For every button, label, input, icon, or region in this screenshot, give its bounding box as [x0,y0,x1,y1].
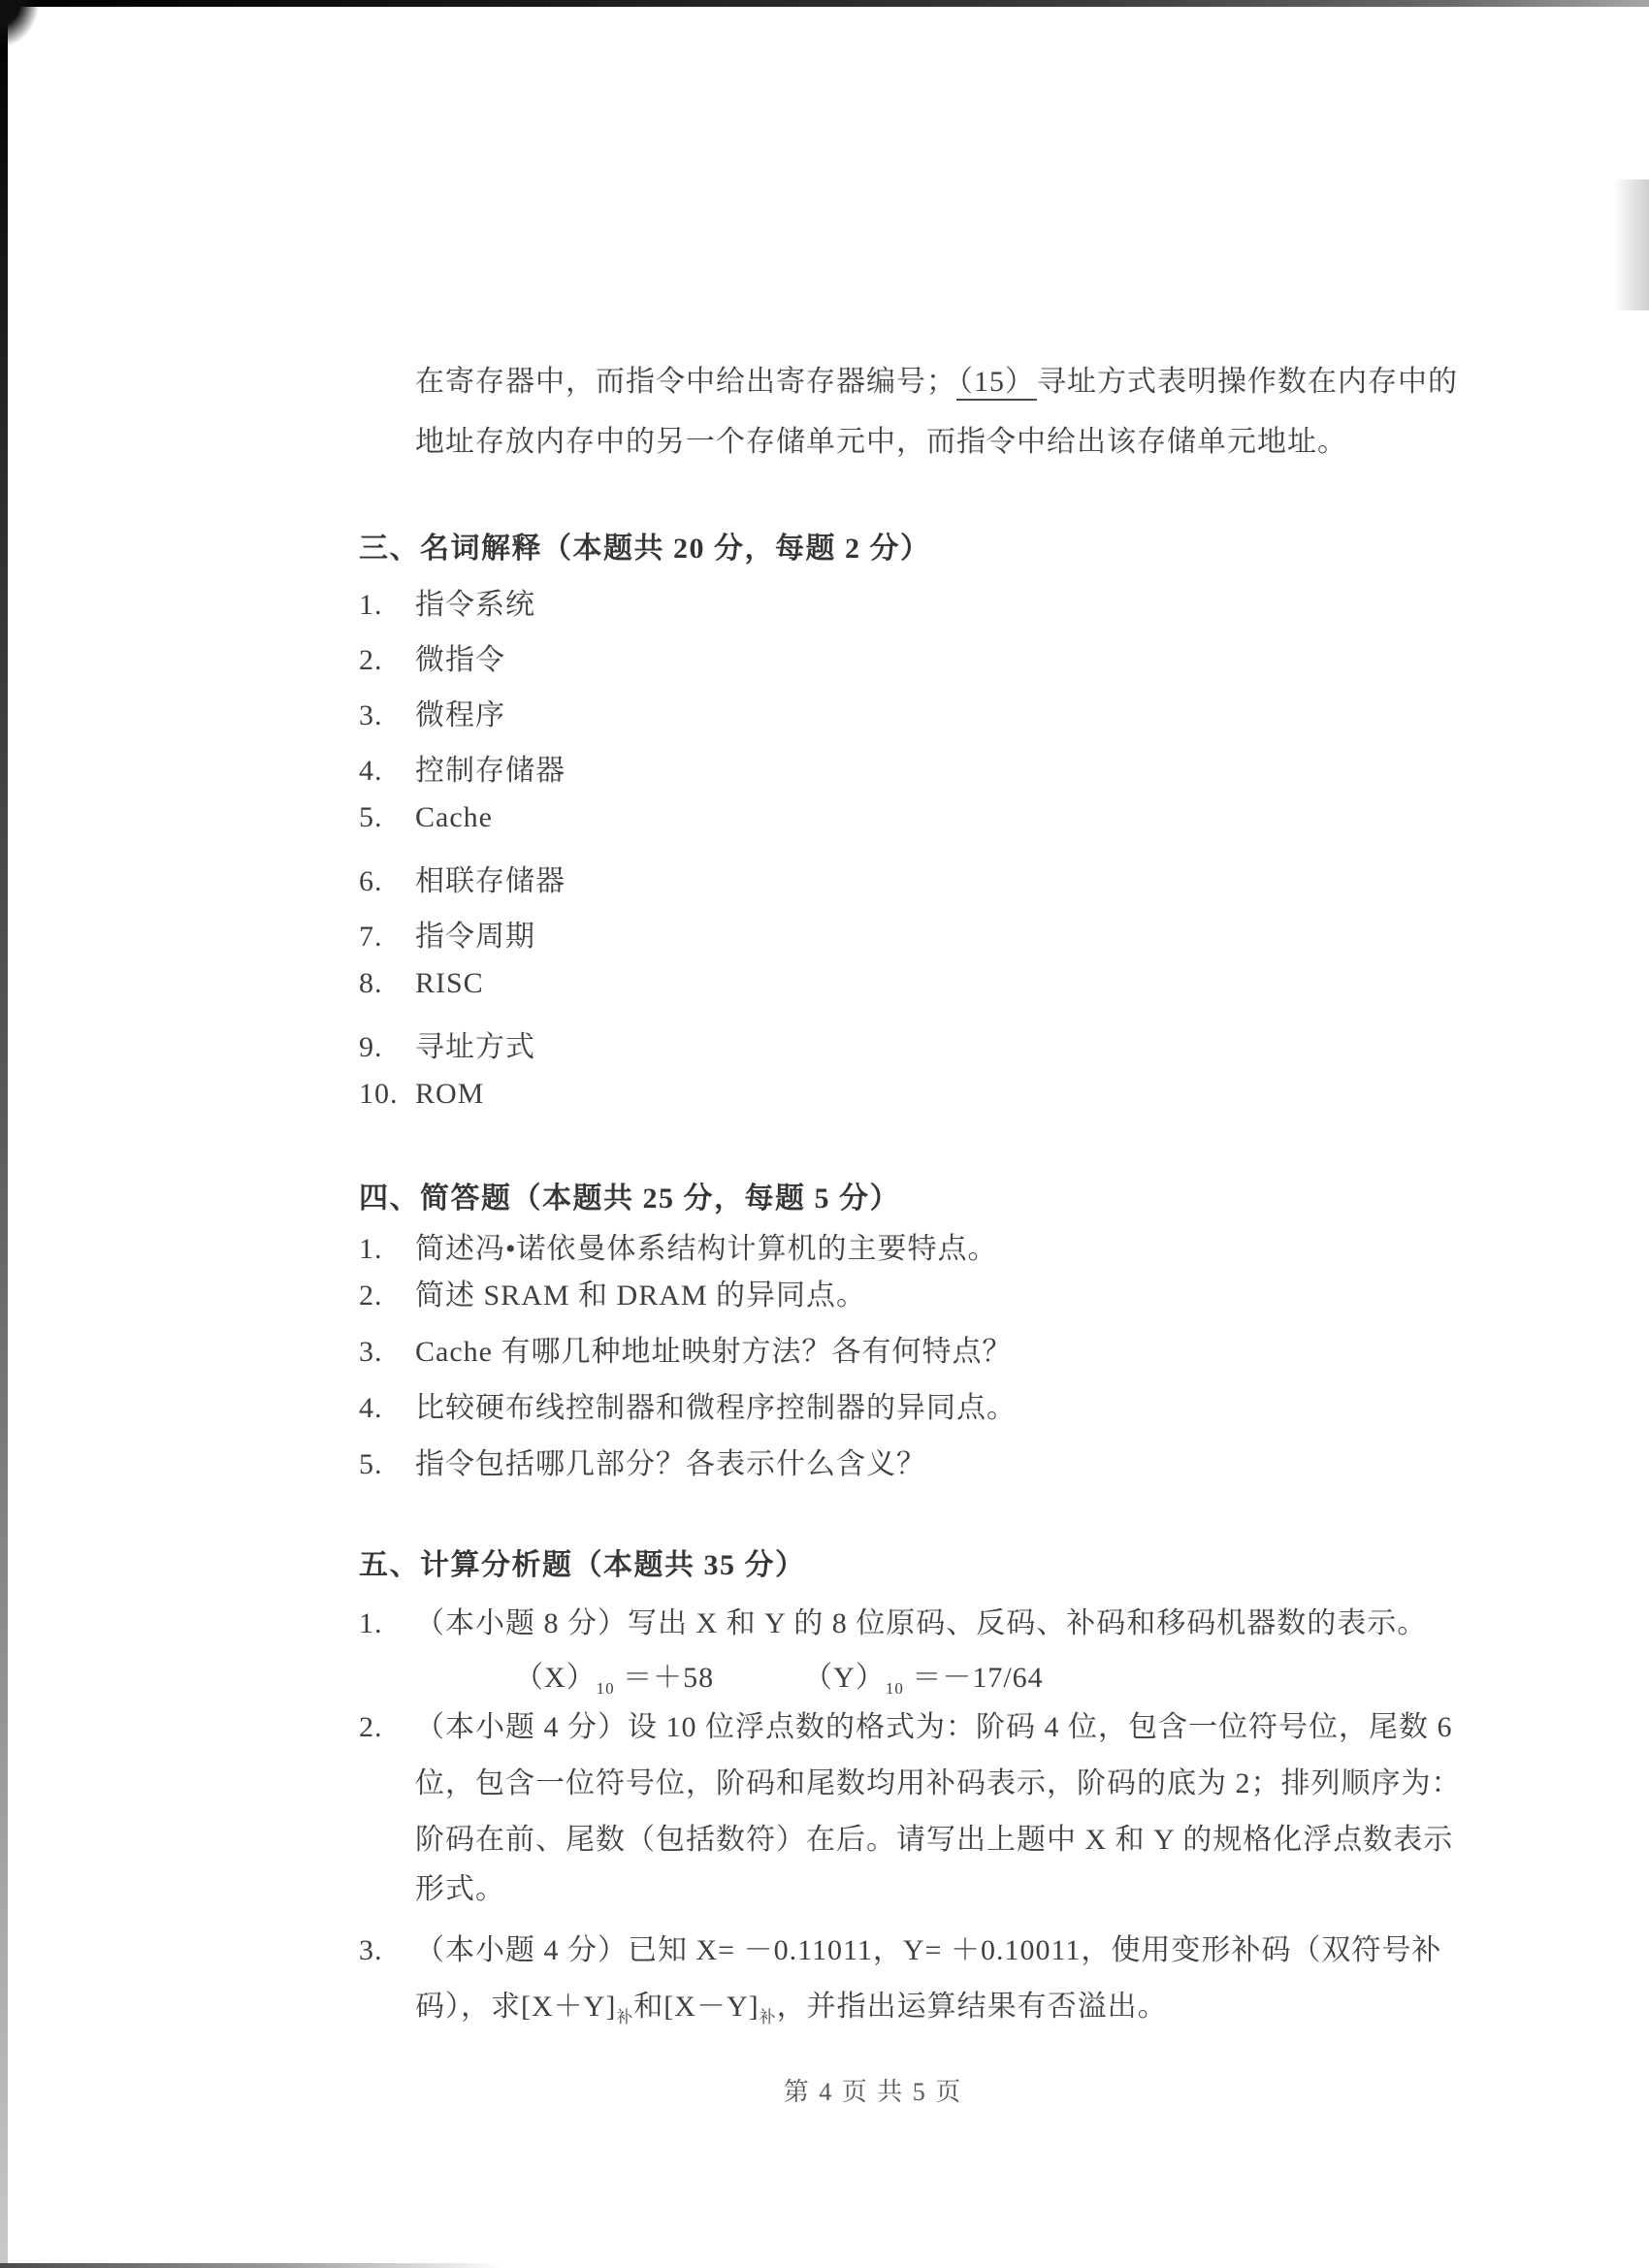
item-text: 简述冯•诺依曼体系结构计算机的主要特点。 [415,1233,998,1265]
item-number: 10. [359,1078,415,1111]
item-text: ROM [415,1078,484,1110]
s5-q2-line3: 阶码在前、尾数（包括数符）在后。请写出上题中 X 和 Y 的规格化浮点数表示 [415,1815,1453,1858]
s3-item-1: 1.指令系统 [359,580,535,623]
item-text: 微指令 [415,644,505,676]
s3-item-9: 9.寻址方式 [359,1022,535,1065]
item-text: 比较硬布线控制器和微程序控制器的异同点。 [415,1392,1017,1424]
s3-item-6: 6.相联存储器 [359,857,566,899]
item-text: （本小题 8 分）写出 X 和 Y 的 8 位原码、反码、补码和移码机器数的表示… [415,1607,1427,1639]
s4-item-1: 1.简述冯•诺依曼体系结构计算机的主要特点。 [359,1224,998,1267]
item-text: Cache 有哪几种地址映射方法？各有何特点？ [415,1336,1012,1368]
item-number: 5. [359,1448,415,1481]
item-text: Cache [415,801,493,833]
item-number: 2. [359,1280,415,1312]
s5-q3-line2: 码），求[X＋Y]补和[X－Y]补，并指出运算结果有否溢出。 [415,1982,1168,2027]
item-number: 4. [359,755,415,788]
section5-heading: 五、计算分析题（本题共 35 分） [359,1540,806,1583]
s3-item-10: 10.ROM [359,1078,484,1111]
q3-segment-c: ，并指出运算结果有否溢出。 [777,1991,1168,2023]
item-text: 指令系统 [415,589,535,621]
formula-y-base: （Y） [803,1662,886,1694]
section3-heading: 三、名词解释（本题共 20 分，每题 2 分） [359,524,931,567]
item-number: 9. [359,1031,415,1064]
item-text: 简述 SRAM 和 DRAM 的异同点。 [415,1280,866,1312]
s3-item-7: 7.指令周期 [359,912,535,955]
item-text: （本小题 4 分）已知 X= －0.11011，Y= ＋0.10011，使用变形… [415,1934,1441,1966]
formula-x-value: ＝＋58 [615,1662,715,1694]
s3-item-5: 5.Cache [359,801,493,834]
s4-item-5: 5.指令包括哪几部分？各表示什么含义？ [359,1440,926,1482]
item-number: 2. [359,1711,415,1744]
q3-subscript-bu-1: 补 [616,2008,633,2026]
s3-item-4: 4.控制存储器 [359,746,566,789]
item-number: 6. [359,865,415,898]
item-text: 指令包括哪几部分？各表示什么含义？ [415,1448,926,1480]
formula-y-value: ＝－17/64 [904,1662,1044,1694]
s5-q2-line1: 2.（本小题 4 分）设 10 位浮点数的格式为：阶码 4 位，包含一位符号位，… [359,1702,1453,1745]
intro-line1-post: 寻址方式表明操作数在内存中的 [1037,366,1458,398]
item-number: 4. [359,1392,415,1425]
scan-smudge-right [1614,179,1649,310]
fill-blank-15: （15） [956,366,1037,401]
item-text: 微程序 [415,699,505,731]
item-number: 7. [359,921,415,954]
item-text: （本小题 4 分）设 10 位浮点数的格式为：阶码 4 位，包含一位符号位，尾数… [415,1711,1453,1743]
scan-edge-bottom [0,2263,504,2268]
item-text: 寻址方式 [415,1031,535,1063]
item-text: 控制存储器 [415,755,566,787]
s4-item-2: 2.简述 SRAM 和 DRAM 的异同点。 [359,1271,866,1313]
item-number: 3. [359,699,415,732]
s4-item-3: 3.Cache 有哪几种地址映射方法？各有何特点？ [359,1327,1012,1370]
exam-page: { "theme": { "paper": "#ffffff", "ink": … [0,0,1649,2268]
s5-q2-line2: 位，包含一位符号位，阶码和尾数均用补码表示，阶码的底为 2；排列顺序为： [415,1759,1462,1801]
s5-q2-line4: 形式。 [415,1864,505,1907]
item-number: 3. [359,1336,415,1369]
s4-item-4: 4.比较硬布线控制器和微程序控制器的异同点。 [359,1383,1017,1426]
s5-q3-line1: 3.（本小题 4 分）已知 X= －0.11011，Y= ＋0.10011，使用… [359,1926,1441,1968]
scan-corner-top-left [0,0,39,47]
s5-q1-line1: 1.（本小题 8 分）写出 X 和 Y 的 8 位原码、反码、补码和移码机器数的… [359,1599,1427,1641]
item-number: 2. [359,644,415,677]
item-number: 1. [359,589,415,622]
item-number: 1. [359,1233,415,1266]
item-number: 1. [359,1607,415,1640]
page-footer: 第 4 页 共 5 页 [679,2072,1067,2108]
s3-item-8: 8.RISC [359,967,484,1000]
section4-heading: 四、简答题（本题共 25 分，每题 5 分） [359,1174,900,1216]
scan-edge-top [0,0,1649,7]
s3-item-3: 3.微程序 [359,691,505,733]
item-text: 指令周期 [415,921,535,953]
scan-edge-left [0,0,8,2268]
intro-line-1: 在寄存器中，而指令中给出寄存器编号；（15）寻址方式表明操作数在内存中的 [415,357,1458,400]
item-number: 8. [359,967,415,1000]
formula-x-subscript: 10 [597,1679,615,1698]
q3-subscript-bu-2: 补 [760,2008,777,2026]
item-text: RISC [415,967,484,999]
q3-segment-a: 码），求[X＋Y] [415,1991,616,2023]
s3-item-2: 2.微指令 [359,635,505,678]
q3-segment-b: 和[X－Y] [633,1991,759,2023]
intro-line1-pre: 在寄存器中，而指令中给出寄存器编号； [415,366,956,398]
item-number: 3. [359,1934,415,1967]
formula-y-subscript: 10 [886,1679,904,1698]
item-text: 相联存储器 [415,865,566,897]
item-number: 5. [359,801,415,834]
s5-q1-formula: （X）10 ＝＋58（Y）10 ＝－17/64 [514,1653,1044,1699]
formula-x-base: （X） [514,1662,597,1694]
intro-line-2: 地址存放内存中的另一个存储单元中，而指令中给出该存储单元地址。 [415,417,1347,460]
